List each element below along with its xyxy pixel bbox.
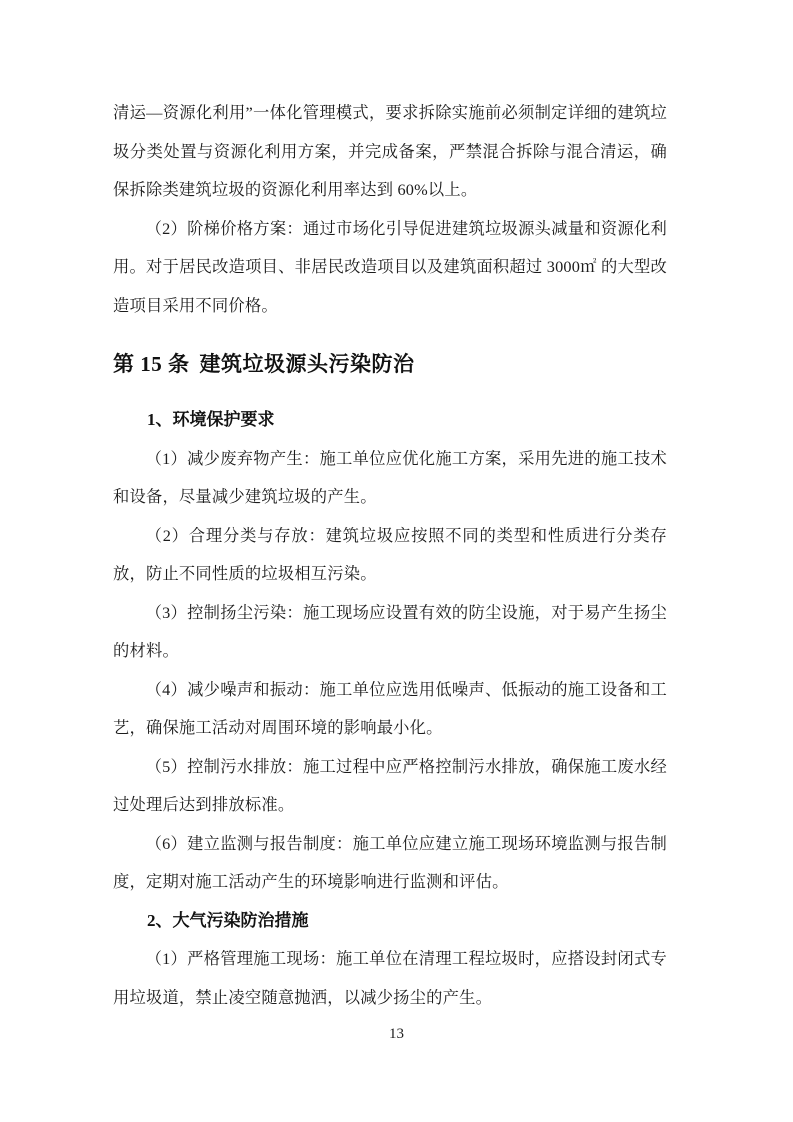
paragraph-env-item-1: （1）减少废弃物产生：施工单位应优化施工方案，采用先进的施工技术和设备，尽量减少… — [113, 440, 667, 517]
page-body: 清运—资源化利用”一体化管理模式，要求拆除实施前必须制定详细的建筑垃圾分类处置与… — [113, 94, 667, 1017]
subsection-heading-air-pollution: 2、大气污染防治措施 — [113, 902, 667, 941]
article-heading: 第 15 条建筑垃圾源头污染防治 — [113, 342, 667, 386]
paragraph-env-item-2: （2）合理分类与存放：建筑垃圾应按照不同的类型和性质进行分类存放，防止不同性质的… — [113, 517, 667, 594]
paragraph-env-item-5: （5）控制污水排放：施工过程中应严格控制污水排放，确保施工废水经过处理后达到排放… — [113, 748, 667, 825]
paragraph-tiered-pricing: （2）阶梯价格方案：通过市场化引导促进建筑垃圾源头减量和资源化利用。对于居民改造… — [113, 210, 667, 326]
paragraph-air-item-1: （1）严格管理施工现场：施工单位在清理工程垃圾时，应搭设封闭式专用垃圾道，禁止凌… — [113, 940, 667, 1017]
page-footer: 13 — [0, 1024, 793, 1044]
page-number: 13 — [389, 1026, 404, 1042]
paragraph-env-item-6: （6）建立监测与报告制度：施工单位应建立施工现场环境监测与报告制度，定期对施工活… — [113, 825, 667, 902]
paragraph-env-item-3: （3）控制扬尘污染：施工现场应设置有效的防尘设施，对于易产生扬尘的材料。 — [113, 594, 667, 671]
document-page: 清运—资源化利用”一体化管理模式，要求拆除实施前必须制定详细的建筑垃圾分类处置与… — [0, 0, 793, 1122]
article-title: 建筑垃圾源头污染防治 — [200, 352, 415, 376]
paragraph-env-item-4: （4）减少噪声和振动：施工单位应选用低噪声、低振动的施工设备和工艺，确保施工活动… — [113, 671, 667, 748]
paragraph-continued-from-previous-page: 清运—资源化利用”一体化管理模式，要求拆除实施前必须制定详细的建筑垃圾分类处置与… — [113, 94, 667, 210]
article-number: 第 15 条 — [113, 352, 190, 376]
subsection-heading-environment: 1、环境保护要求 — [113, 401, 667, 440]
